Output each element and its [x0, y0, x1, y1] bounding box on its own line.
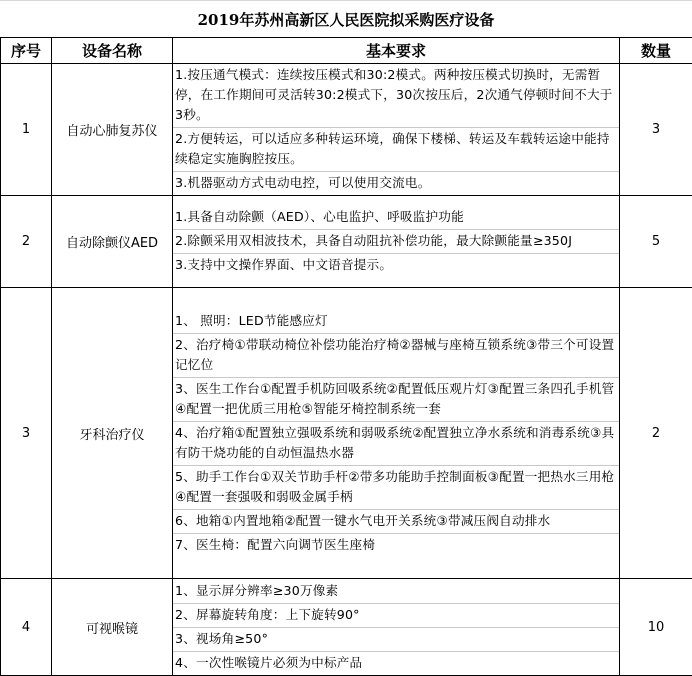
requirements-cell: 1、 照明：LED节能感应灯 2、治疗椅①带联动椅位补偿功能治疗椅②器械与座椅互…	[173, 288, 620, 579]
requirement-item: 3、医生工作台①配置手机防回吸系统②配置低压观片灯③配置三条四孔手机管④配置一把…	[173, 377, 619, 421]
requirement-item: 1.具备自动除颤（AED）、心电监护、呼吸监护功能	[173, 206, 619, 229]
table-row: 1 自动心肺复苏仪 1.按压通气模式：连续按压模式和30:2模式。两种按压模式切…	[1, 64, 692, 196]
requirement-item: 4、治疗箱①配置独立强吸系统和弱吸系统②配置独立净水系统和消毒系统③具有防干烧功…	[173, 421, 619, 465]
header-requirements: 基本要求	[173, 38, 620, 64]
header-index: 序号	[1, 38, 52, 64]
requirement-item: 1.按压通气模式：连续按压模式和30:2模式。两种按压模式切换时，无需暂停，在工…	[173, 64, 619, 127]
equipment-table: 序号 设备名称 基本要求 数量 1 自动心肺复苏仪 1.按压通气模式：连续按压模…	[0, 37, 692, 676]
header-quantity: 数量	[620, 38, 692, 64]
header-row: 序号 设备名称 基本要求 数量	[1, 38, 692, 64]
requirement-item: 1、 照明：LED节能感应灯	[173, 310, 619, 333]
quantity: 3	[620, 64, 692, 196]
requirement-item: 3.机器驱动方式电动电控，可以使用交流电。	[173, 171, 619, 195]
requirement-item: 1、显示屏分辨率≥30万像素	[173, 580, 619, 603]
requirement-item: 2、屏幕旋转角度：上下旋转90°	[173, 603, 619, 627]
header-name: 设备名称	[52, 38, 173, 64]
requirement-item: 5、助手工作台①双关节助手杆②带多功能助手控制面板③配置一把热水三用枪 ④配置一…	[173, 465, 619, 509]
quantity: 10	[620, 579, 692, 676]
requirement-item: 4、一次性喉镜片必须为中标产品	[173, 651, 619, 675]
table-row: 3 牙科治疗仪 1、 照明：LED节能感应灯 2、治疗椅①带联动椅位补偿功能治疗…	[1, 288, 692, 579]
quantity: 5	[620, 196, 692, 288]
requirement-item: 3.支持中文操作界面、中文语音提示。	[173, 253, 619, 277]
requirement-item: 7、医生椅：配置六向调节医生座椅	[173, 533, 619, 557]
requirements-cell: 1.具备自动除颤（AED）、心电监护、呼吸监护功能 2.除颤采用双相波技术，具备…	[173, 196, 620, 288]
quantity: 2	[620, 288, 692, 579]
table-row: 4 可视喉镜 1、显示屏分辨率≥30万像素 2、屏幕旋转角度：上下旋转90° 3…	[1, 579, 692, 676]
row-index: 1	[1, 64, 52, 196]
requirement-item: 6、地箱①内置地箱②配置一键水气电开关系统③带减压阀自动排水	[173, 509, 619, 533]
table-row: 2 自动除颤仪AED 1.具备自动除颤（AED）、心电监护、呼吸监护功能 2.除…	[1, 196, 692, 288]
row-index: 4	[1, 579, 52, 676]
row-index: 3	[1, 288, 52, 579]
requirements-cell: 1.按压通气模式：连续按压模式和30:2模式。两种按压模式切换时，无需暂停，在工…	[173, 64, 620, 196]
requirement-item: 3、视场角≥50°	[173, 627, 619, 651]
equipment-name: 自动除颤仪AED	[52, 196, 173, 288]
equipment-name: 可视喉镜	[52, 579, 173, 676]
requirement-item: 2、治疗椅①带联动椅位补偿功能治疗椅②器械与座椅互锁系统③带三个可设置记忆位	[173, 333, 619, 377]
equipment-name: 牙科治疗仪	[52, 288, 173, 579]
requirement-item: 2.除颤采用双相波技术，具备自动阻抗补偿功能，最大除颤能量≥350J	[173, 229, 619, 253]
requirement-item: 2.方便转运，可以适应多种转运环境，确保下楼梯、转运及车载转运途中能持续稳定实施…	[173, 127, 619, 171]
equipment-name: 自动心肺复苏仪	[52, 64, 173, 196]
row-index: 2	[1, 196, 52, 288]
requirements-cell: 1、显示屏分辨率≥30万像素 2、屏幕旋转角度：上下旋转90° 3、视场角≥50…	[173, 579, 620, 676]
document-title: 2019年苏州高新区人民医院拟采购医疗设备	[0, 0, 692, 37]
